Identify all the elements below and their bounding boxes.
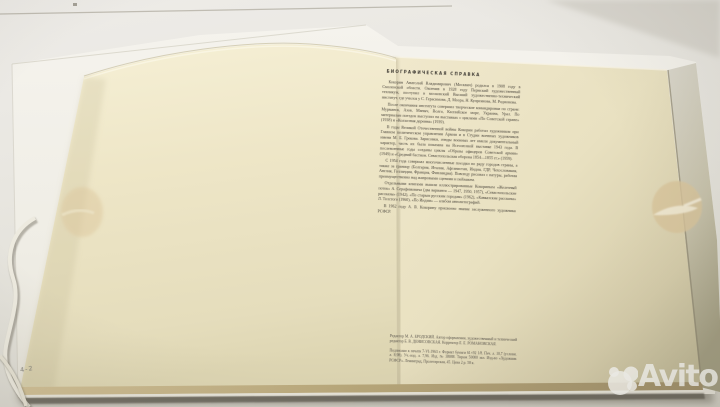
colophon-text-block: Редактор М. А. БРОДСКИЙ. Автор оформлени… — [388, 334, 516, 394]
avito-wordmark: Avito — [638, 359, 717, 394]
product-photo: БИОГРАФИЧЕСКАЯ СПРАВКА Кокорин Анатолий … — [0, 0, 720, 407]
biography-paragraph: В годы Великой Отечественной войны Кокор… — [380, 125, 519, 162]
table-speck — [73, 3, 77, 6]
biography-text-block: БИОГРАФИЧЕСКАЯ СПРАВКА Кокорин Анатолий … — [374, 69, 521, 319]
table-edge-shading — [545, 0, 720, 58]
table-seam-line — [0, 6, 452, 14]
avito-circles-icon — [576, 358, 638, 404]
colophon-line: Подписано к печати 7-VI-1963 г. Формат б… — [389, 348, 517, 367]
avito-watermark: Avito — [576, 358, 720, 404]
photo-shapes — [0, 0, 720, 407]
